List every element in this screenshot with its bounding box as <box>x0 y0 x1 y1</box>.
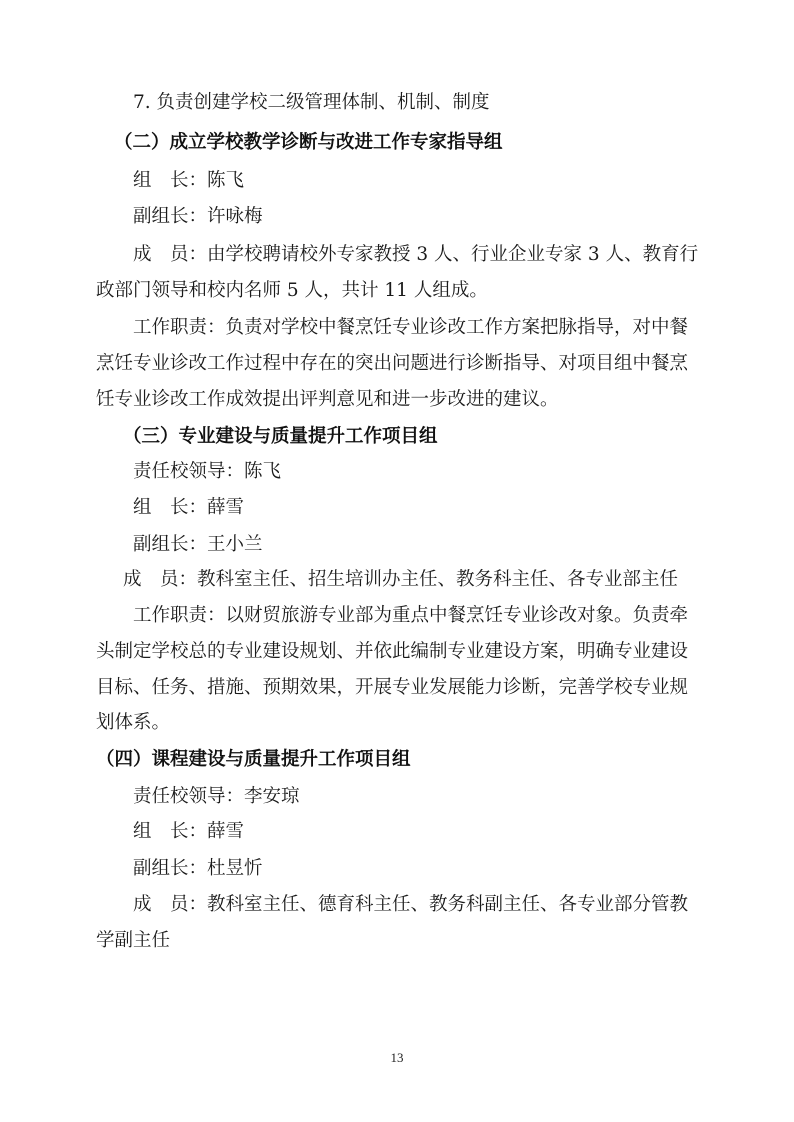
section-3-deputy-leader: 副组长：王小兰 <box>133 532 733 558</box>
section-2-duty-line-3: 饪专业诊改工作成效提出评判意见和进一步改进的建议。 <box>96 387 696 413</box>
section-4-members-line-2: 学副主任 <box>96 928 696 954</box>
document-page: 7. 负责创建学校二级管理体制、机制、制度 （二）成立学校教学诊断与改进工作专家… <box>0 0 794 1122</box>
section-3-duty-line-4: 划体系。 <box>96 710 696 736</box>
section-4-leader: 组 长：薛雪 <box>133 819 733 845</box>
section-heading-3: （三）专业建设与质量提升工作项目组 <box>123 424 723 450</box>
list-item-7: 7. 负责创建学校二级管理体制、机制、制度 <box>133 90 733 116</box>
page-number: 13 <box>0 1050 794 1066</box>
section-3-school-leader: 责任校领导：陈飞 <box>133 459 733 485</box>
section-4-members-line-1: 成 员：教科室主任、德育科主任、教务科副主任、各专业部分管教 <box>133 892 733 918</box>
section-2-duty-line-2: 烹饪专业诊改工作过程中存在的突出问题进行诊断指导、对项目组中餐烹 <box>96 351 696 377</box>
section-2-duty-line-1: 工作职责：负责对学校中餐烹饪专业诊改工作方案把脉指导，对中餐 <box>133 315 733 341</box>
section-3-leader: 组 长：薛雪 <box>133 495 733 521</box>
section-2-leader: 组 长：陈飞 <box>133 168 733 194</box>
section-4-school-leader: 责任校领导：李安琼 <box>133 784 733 810</box>
section-heading-2: （二）成立学校教学诊断与改进工作专家指导组 <box>114 130 714 156</box>
section-3-members: 成 员：教科室主任、招生培训办主任、教务科主任、各专业部主任 <box>123 567 723 593</box>
section-4-deputy-leader: 副组长：杜昱忻 <box>133 856 733 882</box>
section-3-duty-line-2: 头制定学校总的专业建设规划、并依此编制专业建设方案，明确专业建设 <box>96 639 696 665</box>
section-2-members-line-2: 政部门领导和校内名师 5 人，共计 11 人组成。 <box>96 278 696 304</box>
section-3-duty-line-1: 工作职责：以财贸旅游专业部为重点中餐烹饪专业诊改对象。负责牵 <box>133 603 733 629</box>
section-3-duty-line-3: 目标、任务、措施、预期效果，开展专业发展能力诊断，完善学校专业规 <box>96 675 696 701</box>
section-2-deputy-leader: 副组长：许咏梅 <box>133 204 733 230</box>
section-heading-4: （四）课程建设与质量提升工作项目组 <box>96 747 696 773</box>
section-2-members-line-1: 成 员：由学校聘请校外专家教授 3 人、行业企业专家 3 人、教育行 <box>133 242 733 268</box>
